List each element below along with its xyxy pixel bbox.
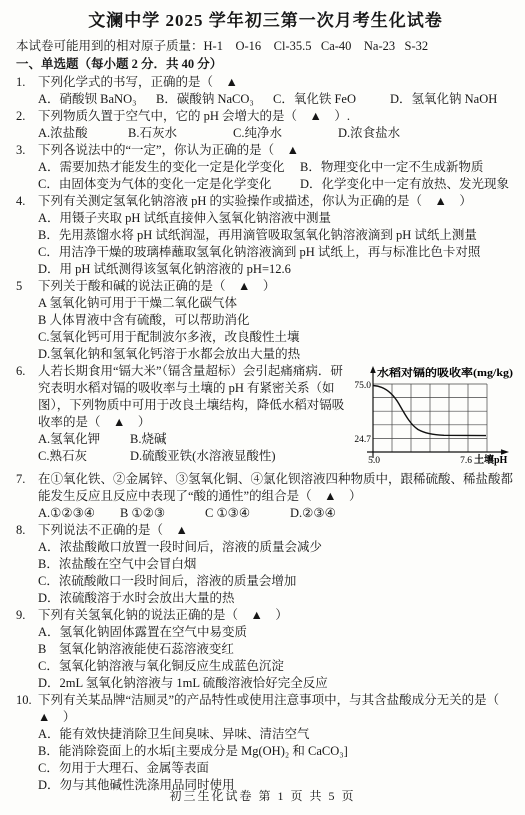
option-a: A.浓盐酸: [38, 125, 128, 142]
option-d: D．化学变化中一定有放热、发光现象: [300, 176, 509, 193]
page-title: 文澜中学 2025 学年初三第一次月考生化试卷: [16, 12, 515, 29]
option-d: D．2mL 氢氧化钠溶液与 1mL 硫酸溶液恰好完全反应: [16, 675, 515, 692]
page-footer: 初三生化试卷 第 1 页 共 5 页: [0, 788, 525, 805]
question-number: 5: [16, 278, 38, 295]
question-stem: 下列有关氢氧化钠的说法正确的是（ ▲ ）: [38, 607, 515, 624]
question-7: 7. 在①氧化铁、②金属锌、③氢氧化铜、④氯化钡溶液四种物质中，跟稀硫酸、稀盐酸…: [16, 471, 515, 522]
option-c: C.熟石灰: [38, 448, 130, 465]
option-b: B．物理变化中一定不生成新物质: [300, 159, 483, 176]
option-a: A．硝酸钡 BaNO₃: [38, 91, 156, 108]
question-9: 9. 下列有关氢氧化钠的说法正确的是（ ▲ ） A．氢氧化钠固体露置在空气中易变…: [16, 607, 515, 692]
option-d: D．浓硫酸溶于水时会放出大量的热: [16, 590, 515, 607]
question-stem: 下列有关某品牌“洁厕灵”的产品特性或使用注意事项中，与其含盐酸成分无关的是（ ▲…: [38, 692, 515, 726]
x-tick-5.0: 5.0: [368, 456, 380, 466]
question-number: 10.: [16, 692, 38, 726]
question-3: 3. 下列各说法中的“一定”，你认为正确的是（ ▲ A．需要加热才能发生的变化一…: [16, 142, 515, 193]
option-c: C．氧化铁 FeO: [273, 91, 390, 108]
option-a: A.①②③④: [38, 505, 120, 522]
option-b: B 氢氧化钠溶液能使石蕊溶液变红: [16, 641, 515, 658]
section-heading: 一、单选题（每小题 2 分．共 40 分）: [16, 56, 515, 73]
question-8: 8. 下列说法不正确的是（ ▲ A．浓盐酸敞口放置一段时间后，溶液的质量会减少 …: [16, 522, 515, 607]
question-stem: 下列各说法中的“一定”，你认为正确的是（ ▲: [38, 142, 515, 159]
option-c: C．浓硫酸敞口一段时间后，溶液的质量会增加: [16, 573, 515, 590]
question-10: 10. 下列有关某品牌“洁厕灵”的产品特性或使用注意事项中，与其含盐酸成分无关的…: [16, 692, 515, 794]
option-a: A.氢氧化钾: [38, 431, 130, 448]
option-c: C.纯净水: [233, 125, 338, 142]
option-a: A．能有效快捷消除卫生间臭味、异味、清洁空气: [16, 726, 515, 743]
option-d: D．氢氧化钠 NaOH: [390, 91, 497, 108]
option-b: B．碳酸钠 NaCO₃: [156, 91, 273, 108]
y-tick-24.7: 24.7: [354, 435, 371, 445]
question-5: 5 下列关于酸和碱的说法正确的是（ ▲ ） A 氢氧化钠可用于干燥二氧化碳气体 …: [16, 278, 515, 363]
option-b: B ①②③: [120, 505, 205, 522]
cadmium-absorption-chart: 水稻对镉的吸收率(mg/kg) 75.0 24.7 5.0 7.6 土壤pH: [347, 363, 515, 471]
exam-page: 文澜中学 2025 学年初三第一次月考生化试卷 本试卷可能用到的相对原子质量：H…: [0, 0, 525, 815]
option-d: D.②③④: [290, 505, 336, 522]
y-tick-75: 75.0: [354, 381, 371, 391]
option-b: B．先用蒸馏水将 pH 试纸润湿，再用滴管吸取氢氧化钠溶液滴到 pH 试纸上测量: [16, 227, 515, 244]
option-b: B．浓盐酸在空气中会冒白烟: [16, 556, 515, 573]
option-a: A 氢氧化钠可用于干燥二氧化碳气体: [16, 295, 515, 312]
option-b: B.烧碱: [130, 431, 166, 448]
question-number: 1.: [16, 74, 38, 91]
option-b: B．能消除瓷面上的水垢[主要成分是 Mg(OH)₂ 和 CaCO₃]: [16, 743, 515, 760]
question-number: 7.: [16, 471, 38, 505]
option-a: A．需要加热才能发生的变化一定是化学变化: [38, 159, 300, 176]
question-number: 9.: [16, 607, 38, 624]
option-a: A．用镊子夹取 pH 试纸直接伸入氢氧化钠溶液中测量: [16, 210, 515, 227]
option-c: C ①③④: [205, 505, 290, 522]
option-b: B 人体胃液中含有硫酸，可以帮助消化: [16, 312, 515, 329]
line-chart: 水稻对镉的吸收率(mg/kg) 75.0 24.7 5.0 7.6 土壤pH: [347, 364, 515, 466]
question-number: 3.: [16, 142, 38, 159]
option-c: C．由固体变为气体的变化一定是化学变化: [38, 176, 300, 193]
chart-title: 水稻对镉的吸收率(mg/kg): [377, 366, 514, 379]
option-a: A．氢氧化钠固体露置在空气中易变质: [16, 624, 515, 641]
absorption-curve: [373, 386, 486, 436]
question-1: 1. 下列化学式的书写，正确的是（ ▲ A．硝酸钡 BaNO₃ B．碳酸钠 Na…: [16, 74, 515, 108]
option-d: D.浓食盐水: [338, 125, 400, 142]
option-c: C．勿用于大理石、金属等表面: [16, 760, 515, 777]
chart-axes: [367, 370, 505, 458]
x-axis-label: 土壤pH: [474, 453, 508, 466]
option-c: C.氢氧化钙可用于配制波尔多液，改良酸性土壤: [16, 329, 515, 346]
question-stem: 下列化学式的书写，正确的是（ ▲: [38, 74, 515, 91]
question-number: 6.: [16, 363, 38, 431]
x-axis-arrow: [501, 449, 509, 455]
option-d: D.硫酸亚铁(水溶液显酸性): [130, 448, 275, 465]
option-c: C．用洁净干燥的玻璃棒蘸取氢氧化钠溶液滴到 pH 试纸上，再与标准比色卡对照: [16, 244, 515, 261]
option-d: D．用 pH 试纸测得该氢氧化钠溶液的 pH=12.6: [16, 261, 515, 278]
question-number: 2.: [16, 108, 38, 125]
x-tick-7.6: 7.6: [460, 456, 472, 466]
question-number: 8.: [16, 522, 38, 539]
question-stem: 人若长期食用“镉大米”（镉含量超标）会引起痛痛病．研究表明水稻对镉的吸收率与土壤…: [38, 363, 345, 431]
chart-grid: [373, 384, 487, 452]
question-2: 2. 下列物质久置于空气中，它的 pH 会增大的是（ ▲ ）. A.浓盐酸 B.…: [16, 108, 515, 142]
question-number: 4.: [16, 193, 38, 210]
question-4: 4. 下列有关测定氢氧化钠溶液 pH 的实验操作或描述，你认为正确的是（ ▲ ）…: [16, 193, 515, 278]
question-6: 6. 人若长期食用“镉大米”（镉含量超标）会引起痛痛病．研究表明水稻对镉的吸收率…: [16, 363, 515, 471]
y-axis-arrow: [370, 366, 376, 373]
option-c: C．氢氧化钠溶液与氧化铜反应生成蓝色沉淀: [16, 658, 515, 675]
option-b: B.石灰水: [128, 125, 233, 142]
atomic-mass-note: 本试卷可能用到的相对原子质量：H-1 O-16 Cl-35.5 Ca-40 Na…: [16, 38, 515, 55]
question-stem: 在①氧化铁、②金属锌、③氢氧化铜、④氯化钡溶液四种物质中，跟稀硫酸、稀盐酸都能发…: [38, 471, 515, 505]
option-a: A．浓盐酸敞口放置一段时间后，溶液的质量会减少: [16, 539, 515, 556]
question-stem: 下列有关测定氢氧化钠溶液 pH 的实验操作或描述，你认为正确的是（ ▲ ）: [38, 193, 515, 210]
question-stem: 下列物质久置于空气中，它的 pH 会增大的是（ ▲ ）.: [38, 108, 515, 125]
question-stem: 下列说法不正确的是（ ▲: [38, 522, 515, 539]
question-stem: 下列关于酸和碱的说法正确的是（ ▲ ）: [38, 278, 515, 295]
option-d: D.氢氧化钠和氢氧化钙溶于水都会放出大量的热: [16, 346, 515, 363]
